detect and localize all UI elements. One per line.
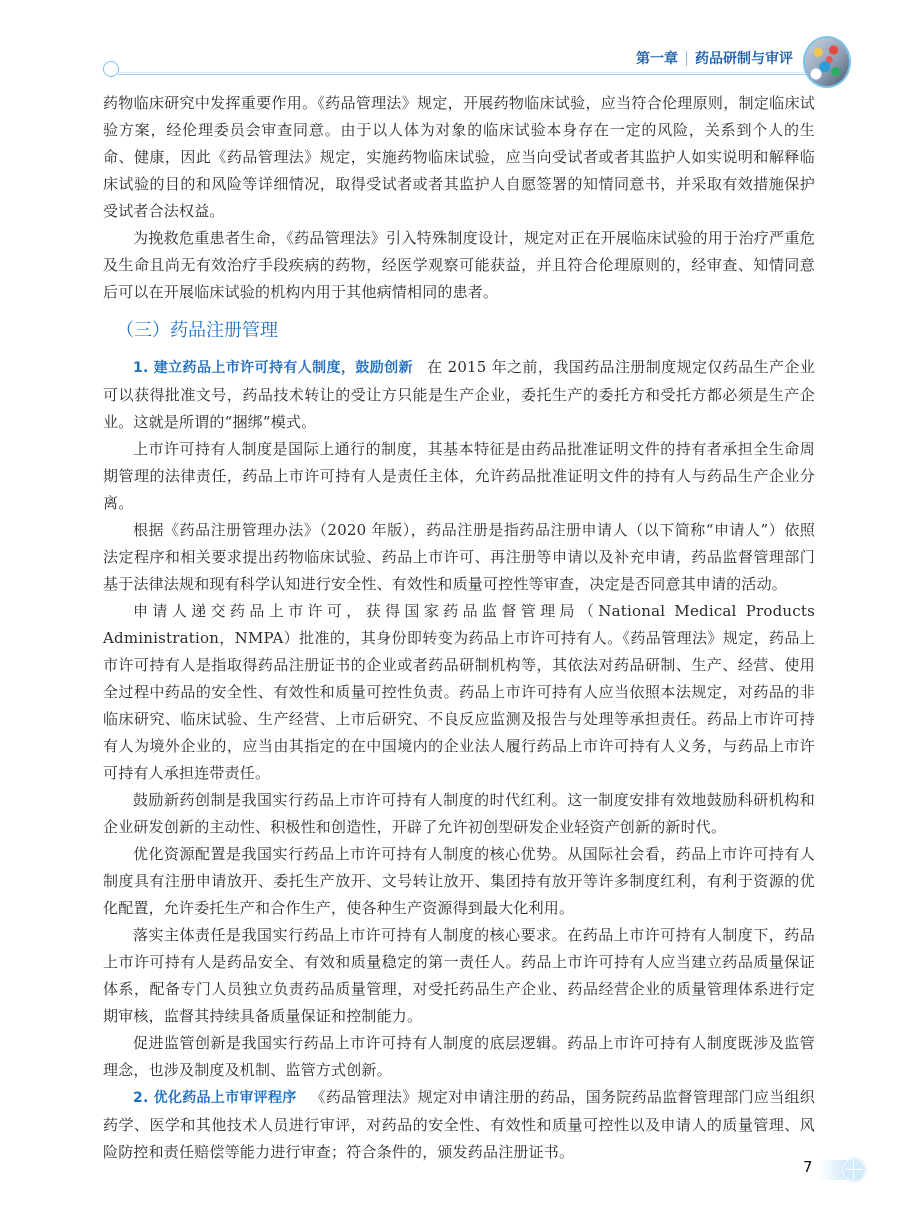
page-footer: 7 <box>0 1150 900 1190</box>
paragraph: 药物临床研究中发挥重要作用。《药品管理法》规定，开展药物临床试验，应当符合伦理原… <box>103 90 815 225</box>
running-header: 第一章 药品研制与审评 <box>0 0 900 100</box>
paragraph: 优化资源配置是我国实行药品上市许可持有人制度的核心优势。从国际社会看，药品上市许… <box>103 841 815 922</box>
title-separator <box>686 51 687 66</box>
paragraph: 鼓励新药创制是我国实行药品上市许可持有人制度的时代红利。这一制度安排有效地鼓励科… <box>103 787 815 841</box>
chapter-title: 药品研制与审评 <box>695 48 793 68</box>
paragraph: 申请人递交药品上市许可，获得国家药品监督管理局（National Medical… <box>103 598 815 787</box>
chapter-running-title: 第一章 药品研制与审评 <box>636 47 793 69</box>
chapter-label: 第一章 <box>636 48 678 68</box>
pills-image-icon <box>803 36 851 88</box>
paragraph: 促进监管创新是我国实行药品上市许可持有人制度的底层逻辑。药品上市许可持有人制度既… <box>103 1030 815 1084</box>
section-heading: （三）药品注册管理 <box>116 314 815 348</box>
page-body: 药物临床研究中发挥重要作用。《药品管理法》规定，开展药物临床试验，应当符合伦理原… <box>103 90 815 1166</box>
crosshair-circle-icon <box>842 1158 866 1182</box>
paragraph: 落实主体责任是我国实行药品上市许可持有人制度的核心要求。在药品上市许可持有人制度… <box>103 922 815 1030</box>
page-number: 7 <box>803 1158 813 1176</box>
paragraph: 根据《药品注册管理办法》（2020 年版），药品注册是指药品注册申请人（以下简称… <box>103 517 815 598</box>
subsection-1-lead-paragraph: 1. 建立药品上市许可持有人制度，鼓励创新在 2015 年之前，我国药品注册制度… <box>103 354 815 436</box>
paragraph: 为挽救危重患者生命，《药品管理法》引入特殊制度设计，规定对正在开展临床试验的用于… <box>103 225 815 306</box>
subsection-title: 1. 建立药品上市许可持有人制度，鼓励创新 <box>133 360 413 376</box>
subsection-title: 2. 优化药品上市审评程序 <box>133 1090 297 1106</box>
header-rule <box>118 72 806 75</box>
paragraph: 上市许可持有人制度是国际上通行的制度，其基本特征是由药品批准证明文件的持有者承担… <box>103 436 815 517</box>
header-circle-ornament <box>103 61 119 77</box>
